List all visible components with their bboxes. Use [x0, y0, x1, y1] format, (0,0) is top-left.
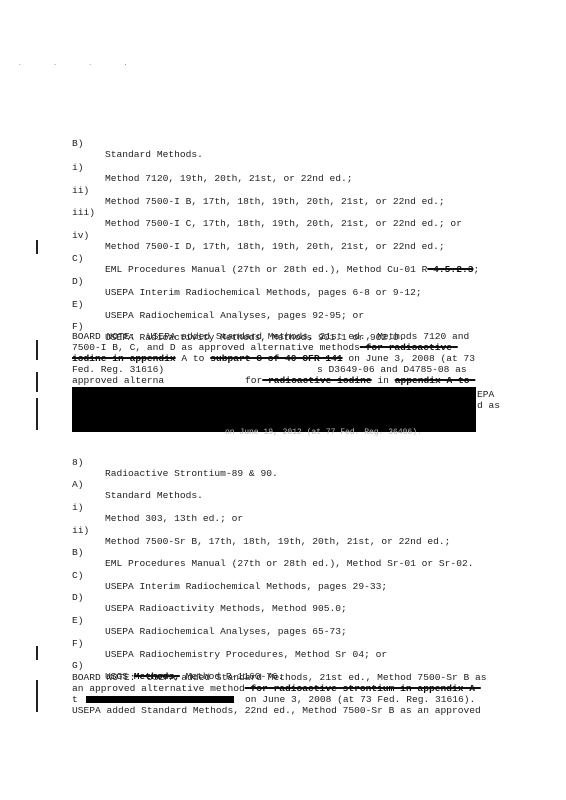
list-item: F) USEPA Radioactivity Methods, Methods … [0, 310, 23, 354]
item-text: USEPA Radiochemistry Procedures, Method … [105, 649, 387, 660]
item-label: iv) [72, 230, 89, 241]
document-page: . . . . B) Standard Methods. i) Method 7… [0, 0, 566, 800]
board-note-line: 7500-I B, C, and D as approved alternati… [72, 342, 458, 353]
item-label: G) [72, 660, 84, 671]
item-label: C) [72, 570, 84, 581]
item-text: Method 7500-I B, 17th, 18th, 19th, 20th,… [105, 196, 445, 207]
item-text: USEPA Radiochemical Analyses, pages 65-7… [105, 626, 347, 637]
board-note-fragment: d as [477, 400, 500, 411]
board-note-line: Fed. Reg. 31616) [72, 364, 164, 375]
board-note-line: BOARD NOTE: USEPA added Standard Methods… [72, 672, 487, 683]
change-bar [36, 680, 38, 712]
item-label: E) [72, 615, 84, 626]
item-text: Standard Methods. [105, 490, 203, 501]
change-bar [36, 240, 38, 254]
item-label: C) [72, 253, 84, 264]
item-label: 8) [72, 457, 84, 468]
item-text: USEPA Radioactivity Methods, Method 905.… [105, 603, 347, 614]
item-text: Method 7500-Sr B, 17th, 18th, 19th, 20th… [105, 536, 450, 547]
item-label: E) [72, 299, 84, 310]
item-text: USEPA Interim Radiochemical Methods, pag… [105, 581, 387, 592]
struck-text: -4.5.2.3 [427, 264, 473, 275]
item-text: EML Procedures Manual (27th or 28th ed.)… [105, 558, 473, 569]
item-label: D) [72, 592, 84, 603]
item-label: iii) [72, 207, 95, 218]
item-text: USEPA Radiochemical Analyses, pages 92-9… [105, 310, 364, 321]
item-label: F) [72, 638, 84, 649]
board-note-line: iodine in appendix A to subpart C of 40 … [72, 353, 475, 364]
board-note-line: an approved alternative method for radio… [72, 683, 481, 694]
item-text: EML Procedures Manual (27th or 28th ed.)… [105, 264, 479, 275]
item-text: Method 303, 13th ed.; or [105, 513, 243, 524]
redaction-block [86, 696, 234, 703]
item-label: B) [72, 547, 84, 558]
item-label: ii) [72, 185, 89, 196]
board-note-line: USEPA added Standard Methods, 22nd ed., … [72, 705, 481, 716]
item-label: B) [72, 138, 84, 149]
item-text: Method 7120, 19th, 20th, 21st, or 22nd e… [105, 173, 353, 184]
item-text: Radioactive Strontium-89 & 90. [105, 468, 278, 479]
board-note-fragment: s D3649-06 and D4785-08 as [317, 364, 467, 375]
board-note-line: approved alterna [72, 375, 164, 386]
board-note-fragment: EPA [477, 389, 494, 400]
change-bar [36, 398, 38, 430]
scan-specks: . . . . [18, 60, 141, 67]
change-bar [36, 646, 38, 660]
list-item: G) USGS Methods, Method R-1160-76. [0, 649, 23, 693]
item-text: USEPA Interim Radiochemical Methods, pag… [105, 287, 422, 298]
item-text: Method 7500-I C, 17th, 18th, 19th, 20th,… [105, 218, 462, 229]
board-note-fragment: on June 19, 2012 (at 77 Fed. Reg. 36406)… [225, 427, 422, 438]
board-note-line: BOARD NOTE: USEPA added Standard Methods… [72, 331, 469, 342]
board-note-fragment: on June 3, 2008 (at 73 Fed. Reg. 31616). [245, 694, 475, 705]
redaction-block [72, 387, 476, 432]
item-label: i) [72, 162, 84, 173]
item-text: Standard Methods. [105, 149, 203, 160]
board-note-line: t [72, 694, 78, 705]
change-bar [36, 372, 38, 392]
item-label: i) [72, 502, 84, 513]
item-label: A) [72, 479, 84, 490]
item-label: D) [72, 276, 84, 287]
change-bar [36, 340, 38, 360]
item-label: ii) [72, 525, 89, 536]
board-note-fragment: for radioactive iodine in appendix A to [245, 375, 475, 386]
item-text: Method 7500-I D, 17th, 18th, 19th, 20th,… [105, 241, 445, 252]
